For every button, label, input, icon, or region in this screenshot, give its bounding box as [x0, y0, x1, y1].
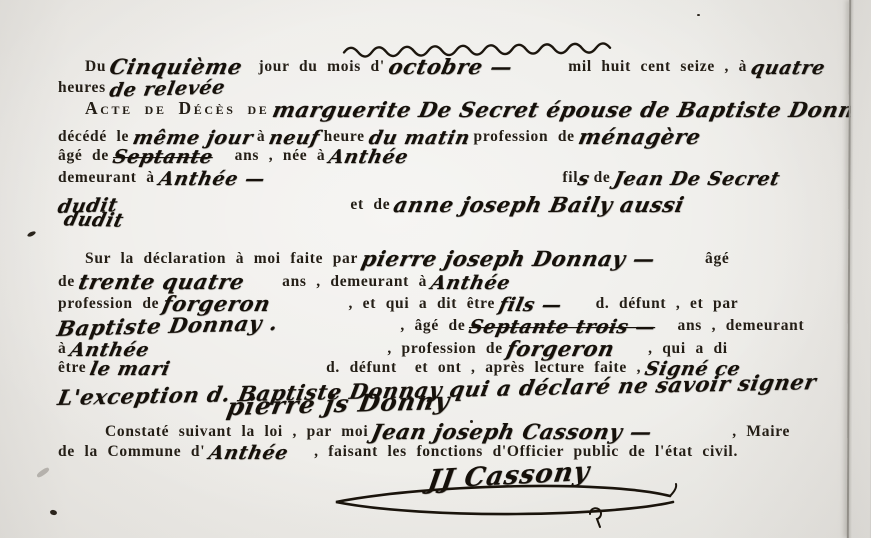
label-commune: de la Commune d'	[58, 443, 205, 460]
label-heures: heures	[58, 79, 106, 96]
label-heure: heure	[324, 128, 365, 145]
label-etre: être	[58, 359, 86, 376]
label-ans-nee-a: ans , née à	[235, 147, 326, 164]
ink-speck	[470, 420, 473, 423]
entry-heure-num: neuf	[267, 129, 321, 148]
entry-maire-nom: Jean joseph Cassony —	[370, 421, 654, 442]
entry-profession: ménagère	[577, 126, 703, 147]
label-age-suffix: âgé	[705, 250, 729, 267]
label-acte-de-deces: Acte de Décès de	[85, 98, 269, 118]
label-maire: , Maire	[732, 423, 790, 440]
label-du-defunt-et-par: d. défunt , et par	[596, 295, 739, 312]
death-certificate-scan: Du Cinquième jour du mois d' octobre — m…	[0, 0, 871, 538]
label-qui-a-di: , qui a di	[648, 340, 728, 357]
label-constate: Constaté suivant la loi , par moi	[105, 423, 368, 440]
ink-speck	[697, 14, 700, 16]
entry-hour: quatre	[749, 59, 827, 78]
label-sur-declaration: Sur la déclaration à moi faite par	[85, 250, 358, 267]
label-ans-demeurant: ans , demeurant	[678, 317, 805, 334]
entry-fil-s: s	[576, 170, 591, 189]
label-et-de: et de	[350, 196, 390, 213]
entry-lien-parente: fils —	[497, 296, 564, 315]
label-du: Du	[85, 58, 106, 75]
smudge	[36, 466, 50, 478]
label-profession-2: profession de	[58, 295, 159, 312]
label-profession-3: , profession de	[387, 340, 502, 357]
entry-pere: Jean De Secret	[612, 170, 782, 189]
label-demeurant-a: demeurant à	[58, 169, 155, 186]
label-du-defunt-2: d. défunt	[326, 359, 397, 376]
entry-age: Septante	[111, 148, 215, 167]
label-de: de	[594, 169, 611, 186]
label-a: à	[257, 128, 265, 145]
label-de2: de	[58, 273, 75, 290]
entry-month: octobre —	[387, 56, 515, 77]
label-age-de: âgé de	[58, 147, 109, 164]
label-profession: profession de	[474, 128, 575, 145]
entry-domicile-declarant: Anthée	[429, 274, 512, 293]
entry-dudit-2: dudit	[62, 210, 126, 230]
entry-lien-temoin: le mari	[88, 360, 172, 379]
page-edge	[847, 0, 871, 538]
label-fonctions-officier: , faisant les fonctions d'Officier publi…	[314, 443, 738, 460]
label-qui-a-dit-etre: , et qui a dit être	[349, 295, 496, 312]
signature-flourish	[318, 478, 678, 528]
ink-speck	[27, 230, 37, 237]
entry-nom-defunt: marguerite De Secret épouse de Baptiste …	[271, 99, 871, 120]
entry-mere: anne joseph Baily aussi	[392, 194, 686, 215]
entry-day: Cinquième	[108, 56, 245, 77]
entry-declarant: pierre joseph Donnay —	[360, 248, 657, 269]
signature-declarant: pierre js Donny	[225, 389, 452, 419]
ink-speck	[49, 509, 57, 516]
entry-commune: Anthée	[207, 444, 290, 463]
label-age-de-2: , âgé de	[400, 317, 465, 334]
label-jour-du-mois: jour du mois d'	[258, 58, 384, 75]
label-ans-demeurant-a: ans , demeurant à	[282, 273, 427, 290]
entry-age-temoin: Septante trois —	[467, 318, 657, 337]
label-fil: fil	[562, 169, 578, 186]
label-a-2: à	[58, 340, 66, 357]
entry-age-declarant: trente quatre	[77, 271, 247, 292]
entry-profession-temoin: forgeron	[505, 338, 617, 359]
entry-lieu-naissance: Anthée	[327, 148, 410, 167]
label-annee: mil huit cent seize , à	[568, 58, 747, 75]
label-decede-le: décédé le	[58, 128, 129, 145]
entry-domicile: Anthée —	[157, 170, 267, 189]
entry-temoin-2: Baptiste Donnay .	[55, 312, 279, 339]
